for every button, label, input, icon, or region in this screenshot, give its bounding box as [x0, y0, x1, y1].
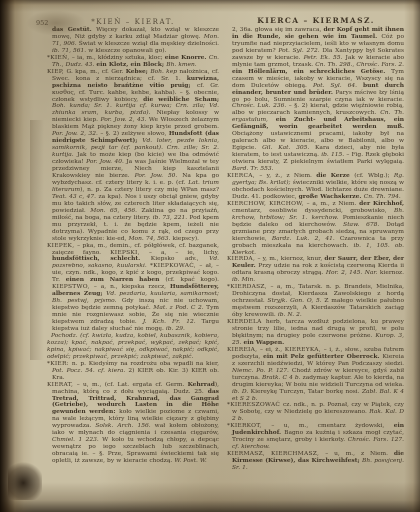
paper-smudge: [26, 10, 86, 36]
ink-stain: [8, 462, 42, 500]
gutter-shadow: [30, 120, 44, 360]
scan-edge-shadow: [0, 0, 420, 512]
scanned-book-page: 952 *KIEŃ – KIERAT. KIERCA – KIERMASZ. d…: [0, 0, 420, 512]
